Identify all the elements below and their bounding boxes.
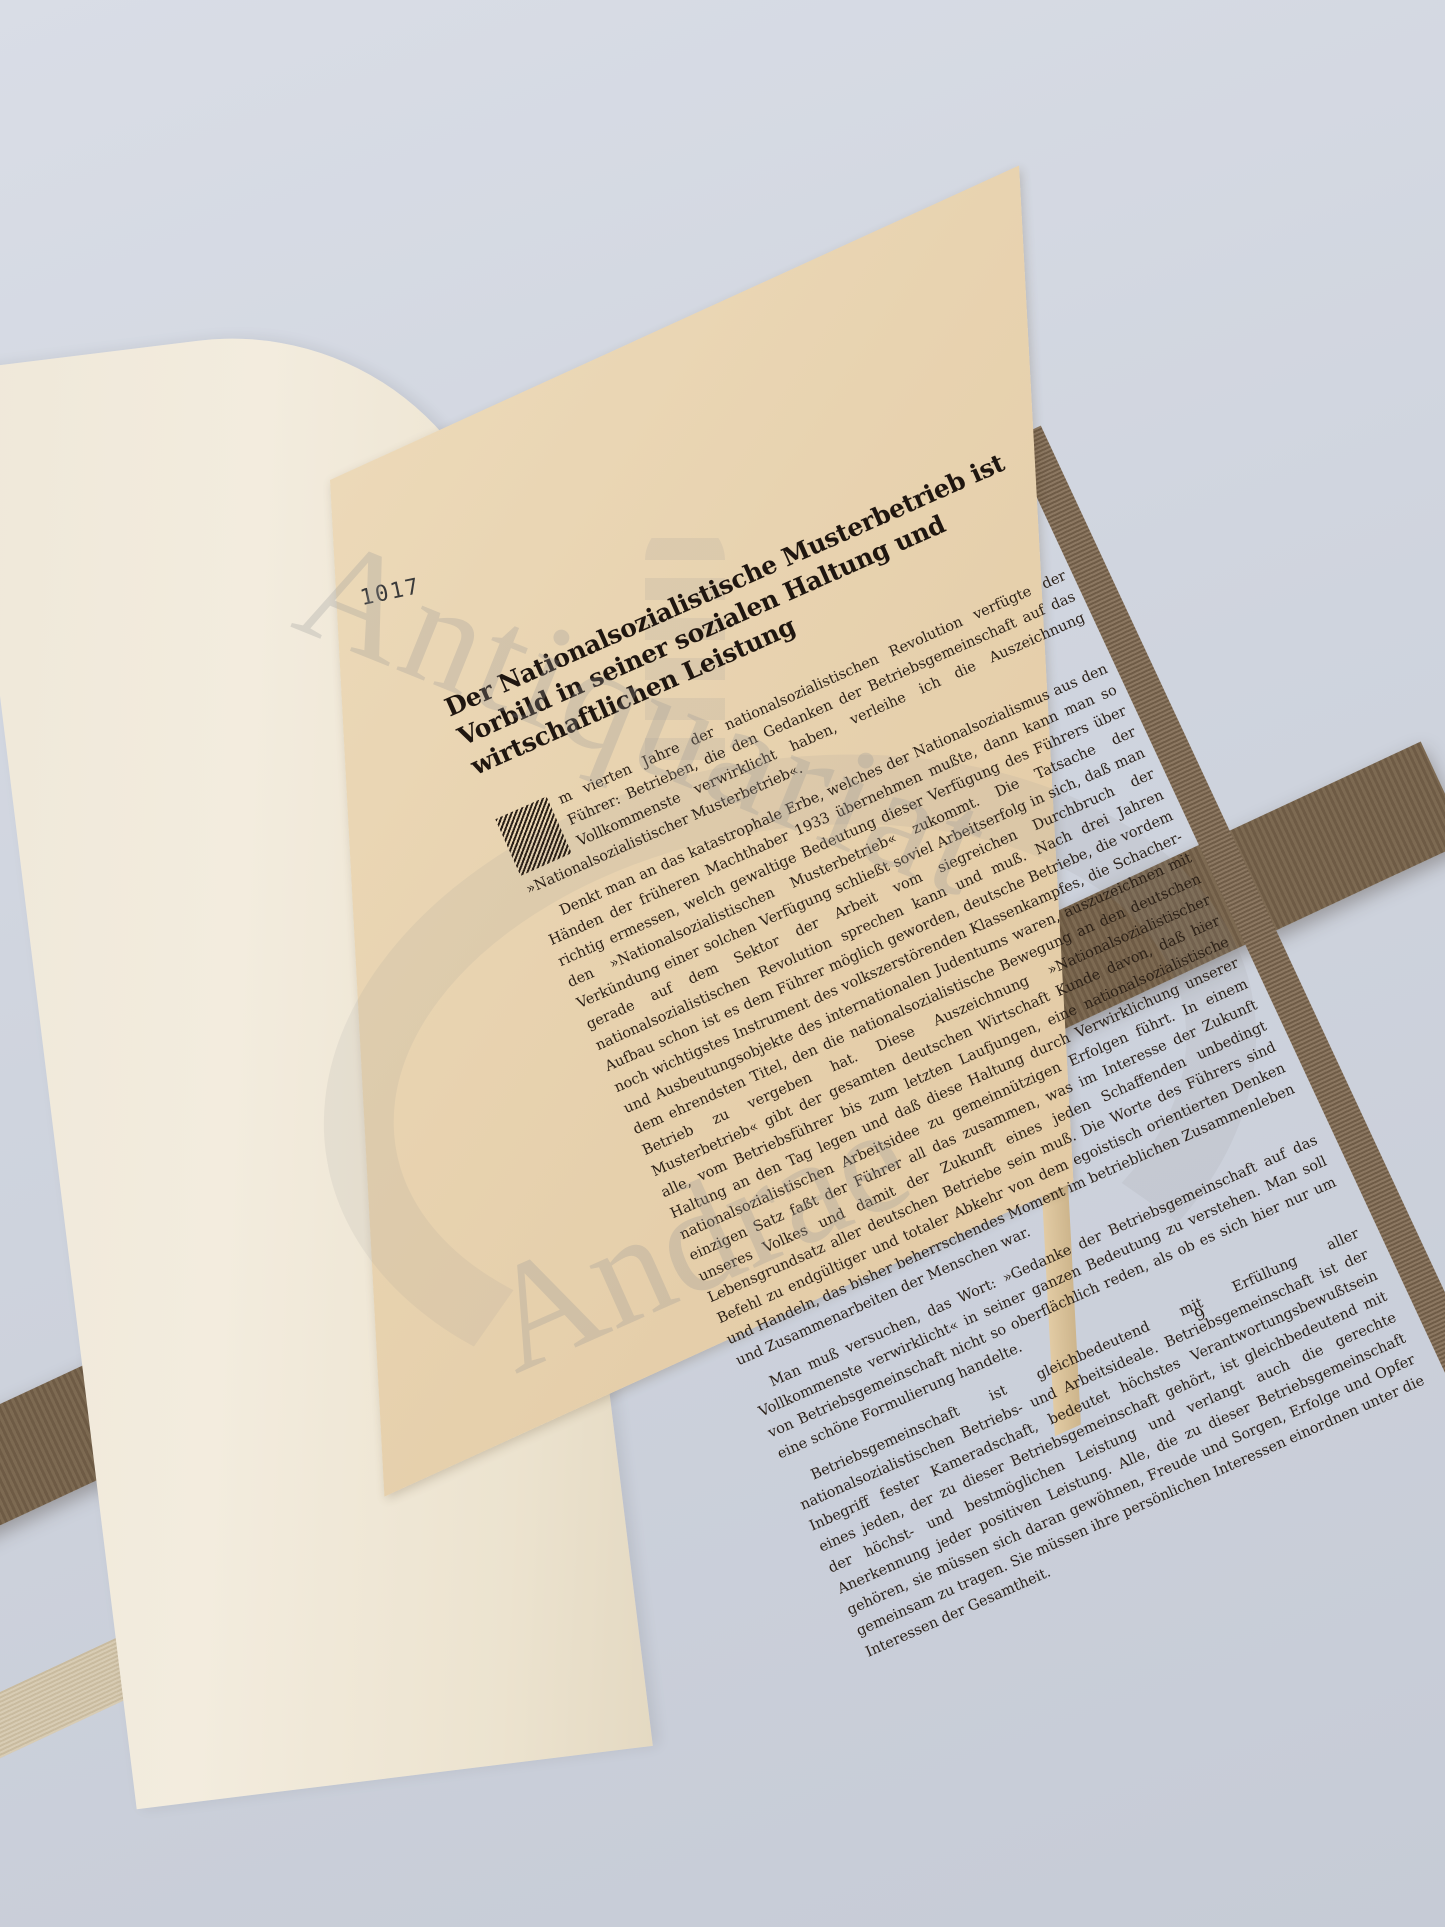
book-photo: 1017 Der Nationalsozialistische Musterbe… — [0, 0, 1445, 1927]
